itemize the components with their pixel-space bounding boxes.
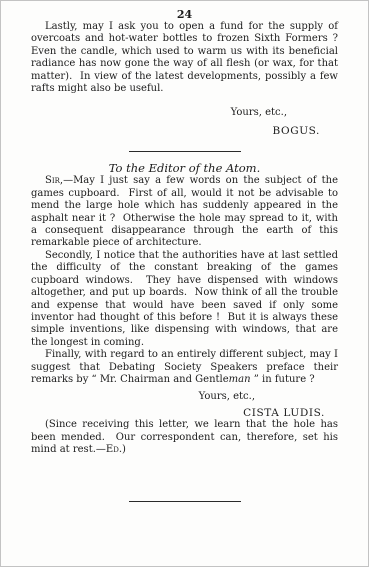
- footer-divider-rule: [129, 501, 241, 502]
- letter2-paragraph-3-post: ” in future ?: [251, 374, 315, 385]
- letter2-paragraph-3-italic-word: man: [229, 374, 251, 385]
- letter2-signature: CISTA LUDIS.: [31, 407, 338, 419]
- section-divider-rule: [129, 151, 241, 152]
- letter2-salutation: Sir: [45, 175, 60, 186]
- page-number: 24: [31, 8, 338, 21]
- editor-note: (Since receiving this letter, we learn t…: [31, 419, 338, 456]
- editor-note-close-paren: .): [119, 444, 126, 455]
- letter2-heading: To the Editor of the Atom.: [31, 161, 338, 175]
- editor-note-ed-abbrev: Ed: [106, 444, 119, 455]
- letter2-closing: Yours, etc.,: [31, 391, 338, 403]
- letter2-paragraph-1: Sir,—May I just say a few words on the s…: [31, 175, 338, 249]
- editor-note-text: (Since receiving this letter, we learn t…: [31, 419, 341, 455]
- letter1-closing: Yours, etc.,: [31, 107, 338, 119]
- letter1-signature: BOGUS.: [31, 125, 338, 137]
- letter2-paragraph-3: Finally, with regard to an entirely diff…: [31, 349, 338, 386]
- letter2-paragraph-2: Secondly, I notice that the authorities …: [31, 250, 338, 349]
- scanned-page: 24 Lastly, may I ask you to open a fund …: [0, 0, 369, 567]
- letter1-paragraph: Lastly, may I ask you to open a fund for…: [31, 21, 338, 95]
- letter2-paragraph-1-text: ,—May I just say a few words on the subj…: [31, 175, 341, 248]
